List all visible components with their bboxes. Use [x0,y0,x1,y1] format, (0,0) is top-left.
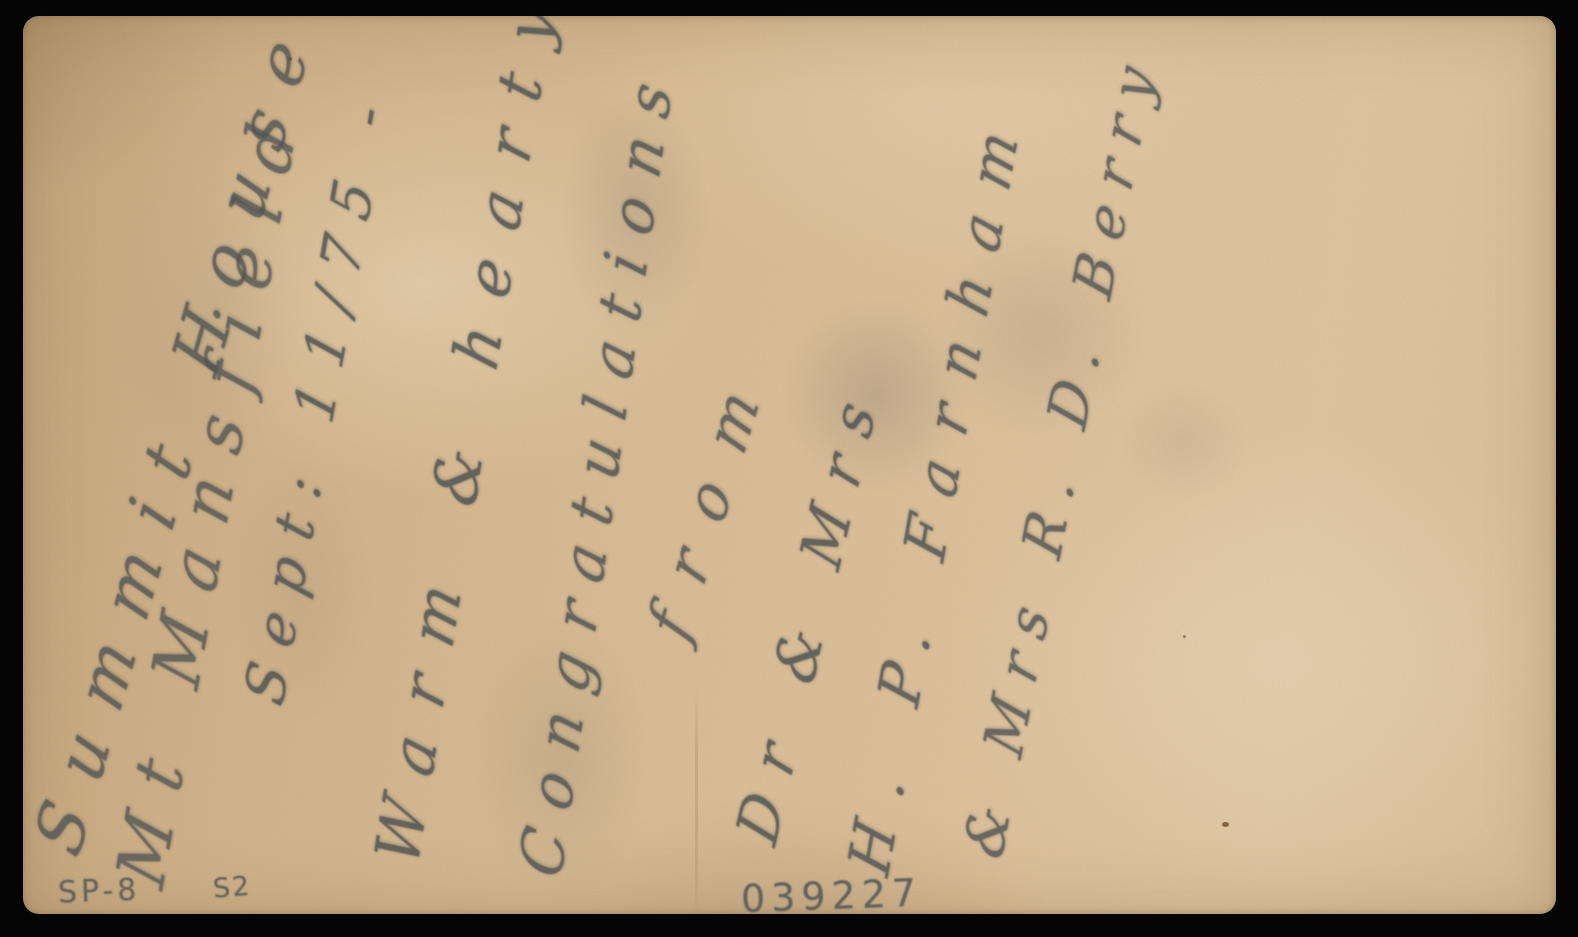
scan-background: Summit House Mt Mansfield Sept: 11/75 - … [0,0,1578,937]
catalog-code-s2: S2 [212,870,253,904]
foxing-speck [1222,822,1229,827]
paper-crease [695,686,698,914]
graphite-smudge [1119,382,1249,502]
handwriting-line-from: from [639,347,781,649]
catalog-number: 039227 [740,871,922,914]
catalog-code-sp8: SP-8 [57,873,141,911]
foxing-speck [1183,635,1186,638]
postcard-back: Summit House Mt Mansfield Sept: 11/75 - … [23,16,1556,914]
